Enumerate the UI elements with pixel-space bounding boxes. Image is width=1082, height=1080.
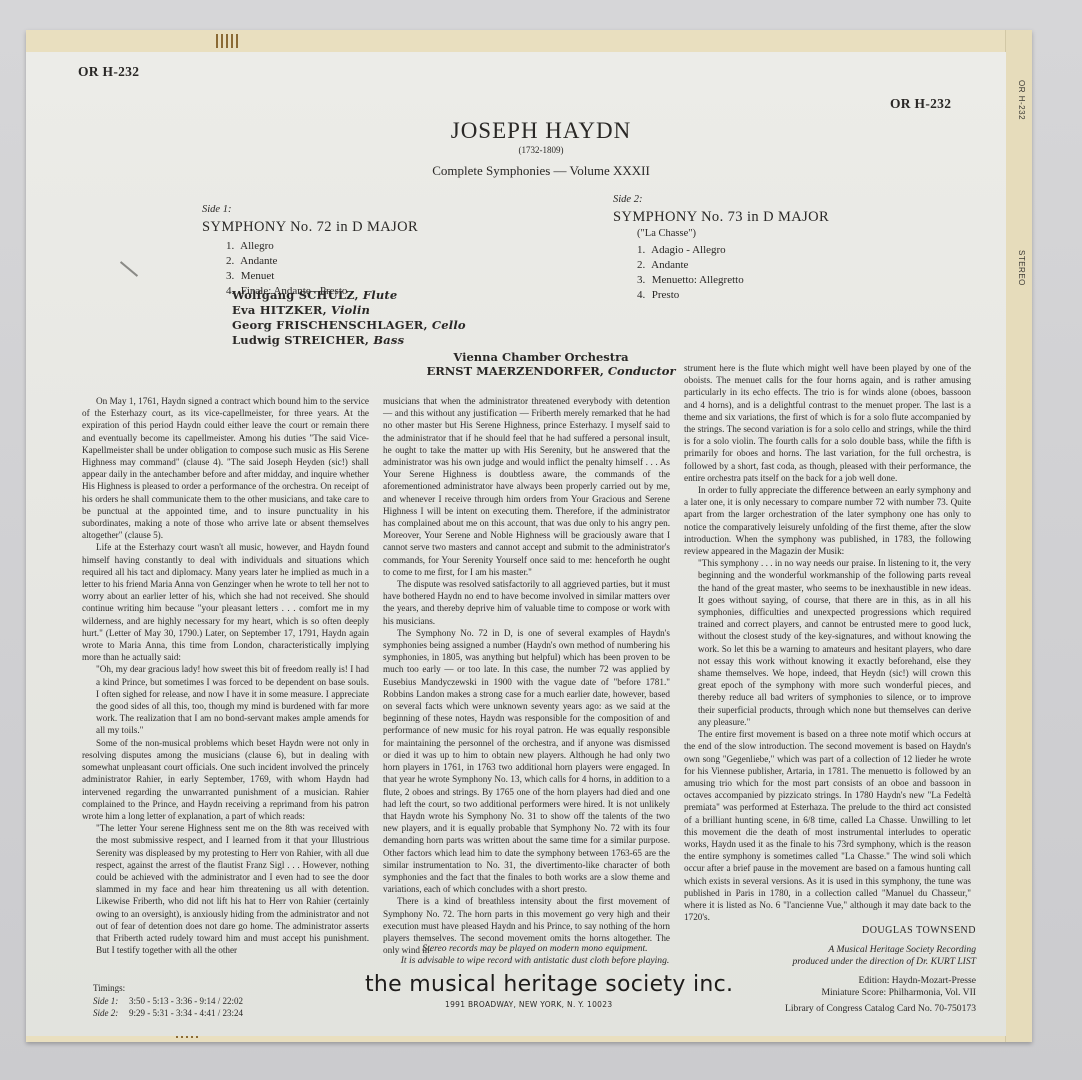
edition-info: Edition: Haydn-Mozart-Presse Miniature S… [821,975,976,999]
performer-instrument: Cello [432,318,466,332]
publisher-address: 1991 BROADWAY, NEW YORK, N. Y. 10023 [445,1000,612,1009]
playback-notice: Stereo records may be played on modern m… [370,943,700,967]
credit-line-1: A Musical Heritage Society Recording [792,944,976,956]
movement-number: 2. [637,258,649,273]
side-2-movements: 1. Adagio - Allegro2. Andante3. Menuetto… [613,243,829,303]
side-1-label: Side 1: [202,203,418,217]
notice-line-2: It is advisable to wipe record with anti… [370,955,700,967]
movement-name: Andante [238,255,277,267]
movement-name: Adagio - Allegro [649,244,726,256]
timing-values: 3:50 - 5:13 - 3:36 - 9:14 / 22:02 [129,996,243,1006]
timings-block: Timings: Side 1:3:50 - 5:13 - 3:36 - 9:1… [93,982,243,1020]
miniature-score-line: Miniature Score: Philharmonia, Vol. VII [821,987,976,999]
performer-name: Georg FRISCHENSCHLAGER, [232,318,432,332]
performer: Ludwig STREICHER, Bass [232,333,466,348]
publisher-logo: the musical heritage society inc. [365,972,733,997]
movement-item: 4. Presto [637,288,829,303]
movement-number: 2. [226,254,238,269]
performer-instrument: Violin [331,303,370,317]
album-subtitle: Complete Symphonies — Volume XXXII [0,160,1082,182]
notes-paragraph: The dispute was resolved satisfactorily … [383,578,670,627]
timings-heading: Timings: [93,982,243,995]
movement-number: 1. [226,239,238,254]
performer-name: Eva HITZKER, [232,303,331,317]
notes-author: DOUGLAS TOWNSEND [862,925,976,936]
notes-paragraph: Some of the non-musical problems which b… [82,737,369,822]
credit-line-2: produced under the direction of Dr. KURT… [792,956,976,968]
movement-name: Presto [649,289,679,301]
notes-paragraph: Life at the Esterhazy court wasn't all m… [82,541,369,663]
notes-column-3: strument here is the flute which might w… [684,362,971,923]
recording-credit: A Musical Heritage Society Recording pro… [792,944,976,968]
movement-item: 2. Andante [637,258,829,273]
quotation-paragraph: "This symphony . . . in no way needs our… [698,557,971,728]
catalog-number-right: OR H-232 [890,96,951,112]
performer-instrument: Bass [373,333,404,347]
top-edge-band [26,30,1032,52]
performers-list: Wolfgang SCHULZ, FluteEva HITZKER, Violi… [232,288,466,348]
library-of-congress-number: Library of Congress Catalog Card No. 70-… [785,1003,976,1014]
spine-catalog: OR H-232 [1017,80,1026,120]
movement-name: Menuet [238,270,274,282]
movement-name: Andante [649,259,688,271]
movement-name: Menuetto: Allegretto [649,274,744,286]
side-2-label: Side 2: [613,193,829,207]
title-block: JOSEPH HAYDN (1732-1809) Complete Sympho… [0,118,1082,182]
movement-item: 1. Adagio - Allegro [637,243,829,258]
notes-column-1: On May 1, 1761, Haydn signed a contract … [82,395,369,956]
timing-row: Side 2:9:29 - 5:31 - 3:34 - 4:41 / 23:24 [93,1007,243,1020]
notes-paragraph: On May 1, 1761, Haydn signed a contract … [82,395,369,541]
stripe-mark-top [216,34,238,48]
composer-name: JOSEPH HAYDN [0,118,1082,144]
quotation-paragraph: "The letter Your serene Highness sent me… [96,822,369,956]
performer-instrument: Flute [363,288,398,302]
side-2-program: Side 2: SYMPHONY No. 73 in D MAJOR ("La … [613,193,829,303]
movement-item: 3. Menuetto: Allegretto [637,273,829,288]
performer: Eva HITZKER, Violin [232,303,466,318]
spine-stereo: STEREO [1017,250,1026,286]
conductor-name: ERNST MAERZENDORFER, [426,364,603,378]
movement-name: Allegro [238,240,274,252]
side-1-program: Side 1: SYMPHONY No. 72 in D MAJOR 1. Al… [202,203,418,299]
composer-dates: (1732-1809) [0,144,1082,156]
notes-paragraph: The entire first movement is based on a … [684,728,971,923]
performer-name: Ludwig STREICHER, [232,333,373,347]
timing-row: Side 1:3:50 - 5:13 - 3:36 - 9:14 / 22:02 [93,995,243,1008]
movement-number: 1. [637,243,649,258]
notes-paragraph: The Symphony No. 72 in D, is one of seve… [383,627,670,895]
timing-side-label: Side 1: [93,995,129,1008]
notes-column-2: musicians that when the administrator th… [383,395,670,956]
notes-paragraph: musicians that when the administrator th… [383,395,670,578]
movement-item: 1. Allegro [226,239,418,254]
side-2-title: SYMPHONY No. 73 in D MAJOR [613,207,829,227]
performer-name: Wolfgang SCHULZ, [232,288,363,302]
catalog-number-left: OR H-232 [78,64,139,80]
edition-line: Edition: Haydn-Mozart-Presse [821,975,976,987]
movement-item: 3. Menuet [226,269,418,284]
conductor-role: Conductor [608,364,676,378]
movement-number: 4. [637,288,649,303]
side-1-title: SYMPHONY No. 72 in D MAJOR [202,217,418,237]
movement-number: 3. [226,269,238,284]
notes-paragraph: strument here is the flute which might w… [684,362,971,484]
performer: Georg FRISCHENSCHLAGER, Cello [232,318,466,333]
movement-number: 3. [637,273,649,288]
performer: Wolfgang SCHULZ, Flute [232,288,466,303]
notice-line-1: Stereo records may be played on modern m… [370,943,700,955]
timing-values: 9:29 - 5:31 - 3:34 - 4:41 / 23:24 [129,1008,243,1018]
timing-side-label: Side 2: [93,1007,129,1020]
quotation-paragraph: "Oh, my dear gracious lady! how sweet th… [96,663,369,736]
side-2-nickname: ("La Chasse") [613,227,829,241]
notes-paragraph: In order to fully appreciate the differe… [684,484,971,557]
movement-item: 2. Andante [226,254,418,269]
